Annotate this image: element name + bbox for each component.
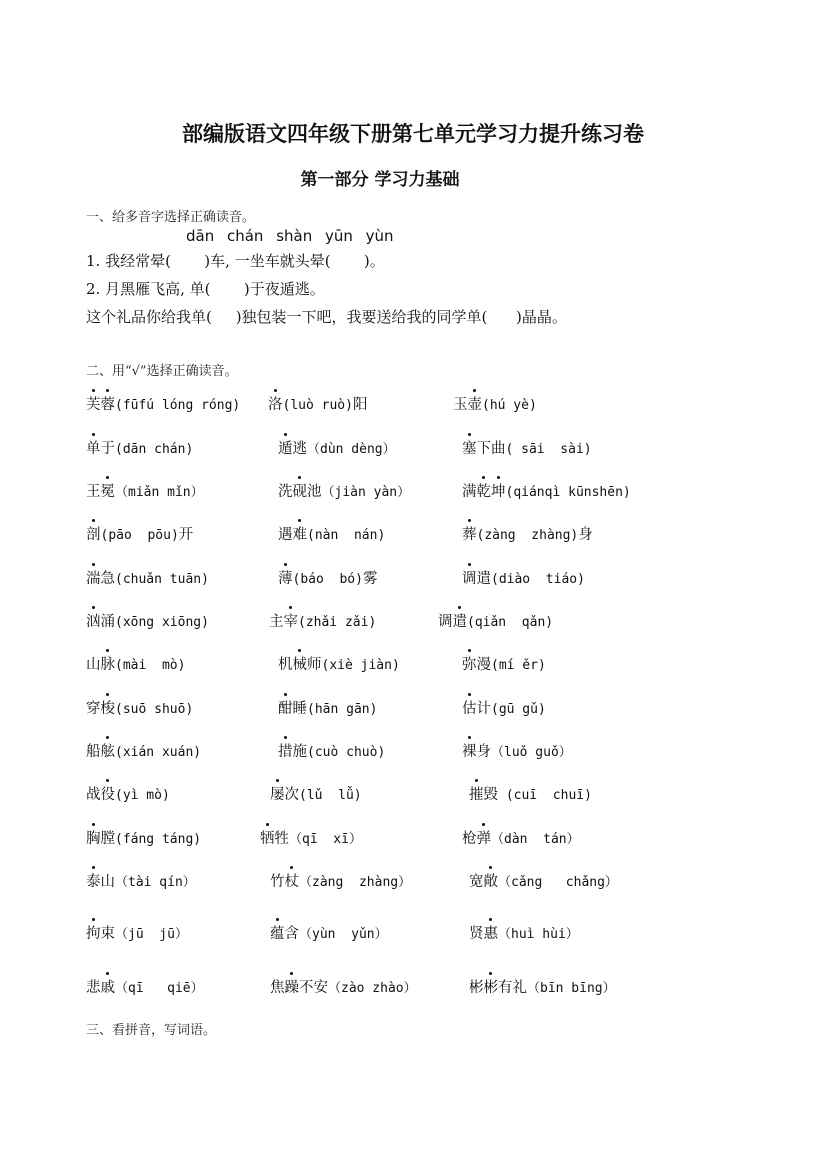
pinyin-choice-item[interactable]: 主宰(zhǎi zǎi) bbox=[269, 610, 376, 631]
pinyin-choice-item[interactable]: 山脉(mài mò) bbox=[86, 653, 185, 674]
pinyin-choice-item[interactable]: 彬彬有礼（bīn bīng） bbox=[469, 976, 616, 997]
document-subtitle: 第一部分 学习力基础 bbox=[0, 165, 760, 190]
pinyin-options-text: (xiè jiàn) bbox=[322, 658, 400, 673]
pinyin-choice-item[interactable]: 估计(gū gǔ) bbox=[462, 697, 546, 718]
word-char: 膛 bbox=[101, 831, 116, 847]
dotted-char: 坤 bbox=[491, 480, 506, 501]
pinyin-options-text: （zào zhào） bbox=[328, 981, 417, 996]
pinyin-choice-item[interactable]: 裸身（luǒ guǒ） bbox=[462, 740, 572, 761]
word-char: 急 bbox=[101, 571, 116, 587]
word-char: 战 bbox=[86, 787, 101, 803]
word-char: 主 bbox=[269, 614, 284, 630]
word-char: 贤 bbox=[469, 926, 484, 942]
section-2-heading: 二、用“√”选择正确读音。 bbox=[86, 360, 238, 379]
dotted-char: 葬 bbox=[462, 523, 477, 544]
pinyin-options-text: (zàng zhàng) bbox=[477, 528, 579, 543]
pinyin-options-text: (cuī chuī) bbox=[498, 788, 592, 803]
pinyin-options-text: (báo bó) bbox=[293, 572, 363, 587]
word-char: 阳 bbox=[353, 397, 368, 413]
word-char: 计 bbox=[477, 701, 492, 717]
pinyin-choice-item[interactable]: 泰山（tài qín） bbox=[86, 870, 196, 891]
pinyin-options-text: （jiàn yàn） bbox=[322, 485, 411, 500]
pinyin-choice-item[interactable]: 芙蓉(fūfú lóng róng) bbox=[86, 393, 240, 414]
dotted-char: 洛 bbox=[268, 393, 283, 414]
dotted-char: 牺 bbox=[260, 827, 275, 848]
pinyin-choice-item[interactable]: 胸膛(fáng táng) bbox=[86, 827, 201, 848]
word-char: 调 bbox=[438, 614, 453, 630]
word-char: 身 bbox=[477, 744, 492, 760]
pinyin-options-text: (mí ěr) bbox=[491, 658, 546, 673]
word-char: 漫 bbox=[477, 657, 492, 673]
word-char: 彬 bbox=[469, 980, 484, 996]
word-char: 船 bbox=[86, 744, 101, 760]
section-1-heading: 一、给多音字选择正确读音。 bbox=[86, 206, 255, 225]
word-char: 施 bbox=[293, 744, 308, 760]
pinyin-options-text: (chuǎn tuān) bbox=[115, 572, 209, 587]
word-char: 于 bbox=[101, 441, 116, 457]
dotted-char: 壶 bbox=[468, 393, 483, 414]
word-char: 机 bbox=[278, 657, 293, 673]
pinyin-options-text: （zàng zhàng） bbox=[299, 875, 411, 890]
word-char: 穿 bbox=[86, 701, 101, 717]
dotted-char: 摧 bbox=[469, 783, 484, 804]
pinyin-options-text: ( sāi sài) bbox=[506, 442, 592, 457]
word-char: 牲 bbox=[275, 831, 290, 847]
pinyin-choice-item[interactable]: 拘束（jū jū） bbox=[86, 922, 188, 943]
dotted-char: 彬 bbox=[484, 976, 499, 997]
dotted-char: 乾 bbox=[477, 480, 492, 501]
word-char: 洗 bbox=[278, 484, 293, 500]
pinyin-options-text: (cuò chuò) bbox=[307, 745, 385, 760]
word-char: 次 bbox=[285, 787, 300, 803]
pinyin-choice-item[interactable]: 调遣(qiǎn qǎn) bbox=[438, 610, 553, 631]
dotted-char: 胸 bbox=[86, 827, 101, 848]
dotted-char: 措 bbox=[278, 740, 293, 761]
word-char: 玉 bbox=[453, 397, 468, 413]
dotted-char: 酣 bbox=[278, 697, 293, 718]
pinyin-choice-item[interactable]: 洗砚池（jiàn yàn） bbox=[278, 480, 410, 501]
pinyin-options-text: (nàn nán) bbox=[307, 528, 385, 543]
pinyin-options-text: (pāo pōu) bbox=[101, 528, 179, 543]
pinyin-choice-item[interactable]: 船舷(xián xuán) bbox=[86, 740, 201, 761]
pinyin-options: dān chán shàn yūn yùn bbox=[186, 227, 394, 245]
dotted-char: 湍 bbox=[86, 567, 101, 588]
dotted-char: 冕 bbox=[101, 480, 116, 501]
pinyin-choice-item[interactable]: 措施(cuò chuò) bbox=[278, 740, 385, 761]
word-char: 遣 bbox=[477, 571, 492, 587]
word-char: 竹 bbox=[270, 874, 285, 890]
pinyin-choice-item[interactable]: 宽敞（cǎng chǎng） bbox=[469, 870, 618, 891]
pinyin-options-text: (diào tiáo) bbox=[491, 572, 585, 587]
pinyin-options-text: （yùn yǔn） bbox=[299, 927, 388, 942]
pinyin-choice-item[interactable]: 薄(báo bó)雾 bbox=[278, 567, 377, 588]
section-3-heading: 三、看拼音，写词语。 bbox=[86, 1019, 216, 1038]
pinyin-options-text: (xōng xiōng) bbox=[115, 615, 209, 630]
dotted-char: 薄 bbox=[278, 567, 293, 588]
pinyin-choice-item[interactable]: 满乾坤(qiánqì kūnshēn) bbox=[462, 480, 631, 501]
pinyin-options-text: （luǒ guǒ） bbox=[491, 745, 572, 760]
word-char: 雾 bbox=[363, 571, 378, 587]
word-char: 涌 bbox=[101, 614, 116, 630]
dotted-char: 估 bbox=[462, 697, 477, 718]
pinyin-options-text: (suō shuō) bbox=[115, 702, 193, 717]
pinyin-options-text: (dān chán) bbox=[115, 442, 193, 457]
word-char: 身 bbox=[578, 527, 593, 543]
pinyin-options-text: （miǎn mǐn） bbox=[115, 485, 204, 500]
pinyin-choice-item[interactable]: 塞下曲( sāi sài) bbox=[462, 437, 592, 458]
pinyin-options-text: (gū gǔ) bbox=[491, 702, 546, 717]
pinyin-choice-item[interactable]: 穿梭(suō shuō) bbox=[86, 697, 193, 718]
dotted-char: 役 bbox=[101, 783, 116, 804]
dotted-char: 械 bbox=[293, 653, 308, 674]
dotted-char: 砚 bbox=[293, 480, 308, 501]
pinyin-options-text: (mài mò) bbox=[115, 658, 185, 673]
pinyin-choice-item[interactable]: 遇难(nàn nán) bbox=[278, 523, 385, 544]
dotted-char: 汹 bbox=[86, 610, 101, 631]
word-char: 焦 bbox=[270, 980, 285, 996]
dotted-char: 塞 bbox=[462, 437, 477, 458]
word-char: 有礼 bbox=[498, 980, 527, 996]
dotted-char: 宰 bbox=[284, 610, 299, 631]
pinyin-choice-item[interactable]: 机械师(xiè jiàn) bbox=[278, 653, 400, 674]
pinyin-options-text: (luò ruò) bbox=[283, 398, 353, 413]
pinyin-choice-item[interactable]: 蕴含（yùn yǔn） bbox=[270, 922, 388, 943]
word-char: 开 bbox=[179, 527, 194, 543]
pinyin-choice-item[interactable]: 玉壶(hú yè) bbox=[453, 393, 537, 414]
pinyin-choice-item[interactable]: 牺牲（qī xī） bbox=[260, 827, 362, 848]
dotted-char: 屡 bbox=[270, 783, 285, 804]
pinyin-options-text: (lǔ lǚ) bbox=[299, 788, 362, 803]
dotted-char: 拘 bbox=[86, 922, 101, 943]
dotted-char: 惠 bbox=[484, 922, 499, 943]
pinyin-options-text: (hú yè) bbox=[482, 398, 537, 413]
word-char: 悲 bbox=[86, 980, 101, 996]
pinyin-options-text: （cǎng chǎng） bbox=[498, 875, 618, 890]
dotted-char: 剖 bbox=[86, 523, 101, 544]
pinyin-choice-item[interactable]: 悲戚（qī qiē） bbox=[86, 976, 204, 997]
pinyin-options-text: (fūfú lóng róng) bbox=[115, 398, 240, 413]
pinyin-options-text: （qī qiē） bbox=[115, 981, 204, 996]
pinyin-choice-item[interactable]: 弥漫(mí ěr) bbox=[462, 653, 546, 674]
pinyin-choice-item[interactable]: 湍急(chuǎn tuān) bbox=[86, 567, 209, 588]
pinyin-choice-item[interactable]: 剖(pāo pōu)开 bbox=[86, 523, 193, 544]
dotted-char: 杖 bbox=[285, 870, 300, 891]
dotted-char: 调 bbox=[462, 567, 477, 588]
dotted-char: 难 bbox=[293, 523, 308, 544]
word-char: 下曲 bbox=[477, 441, 506, 457]
pinyin-options-text: （qī xī） bbox=[289, 832, 362, 847]
pinyin-choice-item[interactable]: 枪弹（dàn tán） bbox=[462, 827, 580, 848]
word-char: 含 bbox=[285, 926, 300, 942]
pinyin-choice-item[interactable]: 战役(yì mò) bbox=[86, 783, 170, 804]
document-title: 部编版语文四年级下册第七单元学习力提升练习卷 bbox=[0, 118, 826, 148]
dotted-char: 蕴 bbox=[270, 922, 285, 943]
dotted-char: 戚 bbox=[101, 976, 116, 997]
word-char: 师 bbox=[307, 657, 322, 673]
pinyin-choice-item[interactable]: 汹涌(xōng xiōng) bbox=[86, 610, 209, 631]
word-char: 睡 bbox=[293, 701, 308, 717]
pinyin-options-text: (yì mò) bbox=[115, 788, 170, 803]
question-2: 2. 月黑雁飞高, 单( )于夜遁逃。 bbox=[86, 278, 325, 299]
word-char: 不安 bbox=[299, 980, 328, 996]
word-char: 枪 bbox=[462, 831, 477, 847]
pinyin-choice-item[interactable]: 焦躁不安（zào zhào） bbox=[270, 976, 417, 997]
pinyin-choice-item[interactable]: 洛(luò ruò)阳 bbox=[268, 393, 367, 414]
word-char: 池 bbox=[307, 484, 322, 500]
word-char: 束 bbox=[101, 926, 116, 942]
pinyin-options-text: （dàn tán） bbox=[491, 832, 580, 847]
dotted-char: 梭 bbox=[101, 697, 116, 718]
word-char: 满 bbox=[462, 484, 477, 500]
word-char: 逃 bbox=[293, 441, 308, 457]
pinyin-options-text: （bīn bīng） bbox=[527, 981, 616, 996]
word-char: 宽 bbox=[469, 874, 484, 890]
word-char: 山 bbox=[101, 874, 116, 890]
word-char: 毁 bbox=[484, 787, 499, 803]
dotted-char: 敞 bbox=[484, 870, 499, 891]
pinyin-choice-item[interactable]: 酣睡(hān gān) bbox=[278, 697, 377, 718]
dotted-char: 单 bbox=[86, 437, 101, 458]
pinyin-options-text: (hān gān) bbox=[307, 702, 377, 717]
dotted-char: 弥 bbox=[462, 653, 477, 674]
pinyin-choice-item[interactable]: 摧毁 (cuī chuī) bbox=[469, 783, 592, 804]
dotted-char: 遣 bbox=[453, 610, 468, 631]
pinyin-choice-item[interactable]: 王冕（miǎn mǐn） bbox=[86, 480, 204, 501]
dotted-char: 躁 bbox=[285, 976, 300, 997]
question-1: 1. 我经常晕( )车, 一坐车就头晕( )。 bbox=[86, 250, 385, 271]
pinyin-choice-item[interactable]: 单于(dān chán) bbox=[86, 437, 193, 458]
pinyin-choice-item[interactable]: 调遣(diào tiáo) bbox=[462, 567, 585, 588]
word-char: 山 bbox=[86, 657, 101, 673]
pinyin-choice-item[interactable]: 葬(zàng zhàng)身 bbox=[462, 523, 593, 544]
question-3: 这个礼品你给我单( )独包装一下吧，我要送给我的同学单( )晶晶。 bbox=[86, 306, 567, 327]
dotted-char: 蓉 bbox=[101, 393, 116, 414]
pinyin-choice-item[interactable]: 遁逃（dùn dèng） bbox=[278, 437, 396, 458]
pinyin-options-text: (qiánqì kūnshēn) bbox=[506, 485, 631, 500]
word-char: 遇 bbox=[278, 527, 293, 543]
pinyin-options-text: (fáng táng) bbox=[115, 832, 201, 847]
dotted-char: 脉 bbox=[101, 653, 116, 674]
pinyin-options-text: （huì hùi） bbox=[498, 927, 579, 942]
dotted-char: 泰 bbox=[86, 870, 101, 891]
dotted-char: 裸 bbox=[462, 740, 477, 761]
word-char: 王 bbox=[86, 484, 101, 500]
dotted-char: 遁 bbox=[278, 437, 293, 458]
pinyin-choice-item[interactable]: 贤惠（huì hùi） bbox=[469, 922, 579, 943]
pinyin-options-text: (zhǎi zǎi) bbox=[298, 615, 376, 630]
pinyin-choice-item[interactable]: 竹杖（zàng zhàng） bbox=[270, 870, 411, 891]
dotted-char: 弹 bbox=[477, 827, 492, 848]
pinyin-options-text: (xián xuán) bbox=[115, 745, 201, 760]
pinyin-options-text: (qiǎn qǎn) bbox=[467, 615, 553, 630]
dotted-char: 芙 bbox=[86, 393, 101, 414]
pinyin-options-text: （jū jū） bbox=[115, 927, 188, 942]
dotted-char: 舷 bbox=[101, 740, 116, 761]
pinyin-choice-item[interactable]: 屡次(lǔ lǚ) bbox=[270, 783, 362, 804]
pinyin-options-text: （dùn dèng） bbox=[307, 442, 396, 457]
pinyin-options-text: （tài qín） bbox=[115, 875, 196, 890]
